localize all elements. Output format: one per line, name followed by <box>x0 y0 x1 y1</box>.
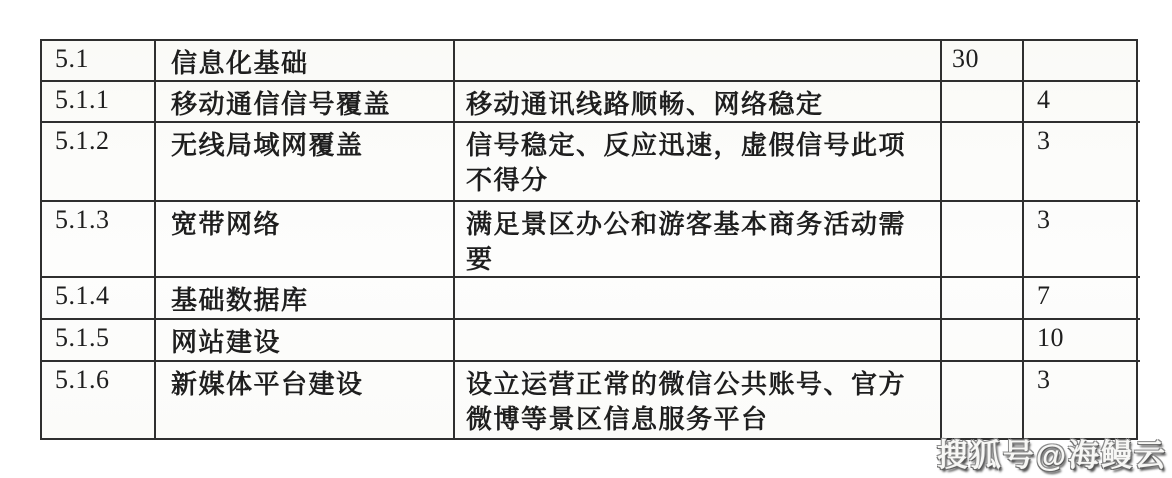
cell-score: 7 <box>1024 278 1140 320</box>
cell-item: 无线局域网覆盖 <box>156 123 455 202</box>
cell-criteria: 设立运营正常的微信公共账号、官方微博等景区信息服务平台 <box>455 362 942 438</box>
cell-code: 5.1.6 <box>42 362 156 438</box>
cell-item: 宽带网络 <box>156 202 455 278</box>
cell-code: 5.1.3 <box>42 202 156 278</box>
cell-code: 5.1 <box>42 41 156 82</box>
cell-total-score: 30 <box>942 41 1024 82</box>
cell-score: 3 <box>1024 123 1140 202</box>
cell-item: 信息化基础 <box>156 41 455 82</box>
cell-criteria: 信号稳定、反应迅速，虚假信号此项不得分 <box>455 123 942 202</box>
cell-code: 5.1.2 <box>42 123 156 202</box>
sohu-watermark: 搜狐号@海鳗云 <box>937 430 1167 475</box>
cell-criteria <box>455 41 942 82</box>
cell-total-score <box>942 278 1024 320</box>
scoring-criteria-table: 5.1 信息化基础 30 5.1.1 移动通信信号覆盖 移动通讯线路顺畅、网络稳… <box>40 39 1138 440</box>
cell-score <box>1024 41 1140 82</box>
cell-criteria: 移动通讯线路顺畅、网络稳定 <box>455 82 942 123</box>
cell-total-score <box>942 82 1024 123</box>
cell-code: 5.1.5 <box>42 320 156 362</box>
cell-total-score <box>942 123 1024 202</box>
cell-item: 网站建设 <box>156 320 455 362</box>
cell-score: 3 <box>1024 202 1140 278</box>
cell-code: 5.1.4 <box>42 278 156 320</box>
cell-score: 4 <box>1024 82 1140 123</box>
cell-total-score <box>942 362 1024 438</box>
cell-score: 3 <box>1024 362 1140 438</box>
cell-item: 基础数据库 <box>156 278 455 320</box>
cell-criteria <box>455 278 942 320</box>
cell-criteria: 满足景区办公和游客基本商务活动需要 <box>455 202 942 278</box>
cell-item: 新媒体平台建设 <box>156 362 455 438</box>
cell-total-score <box>942 202 1024 278</box>
cell-total-score <box>942 320 1024 362</box>
cell-score: 10 <box>1024 320 1140 362</box>
cell-code: 5.1.1 <box>42 82 156 123</box>
cell-criteria <box>455 320 942 362</box>
cell-item: 移动通信信号覆盖 <box>156 82 455 123</box>
